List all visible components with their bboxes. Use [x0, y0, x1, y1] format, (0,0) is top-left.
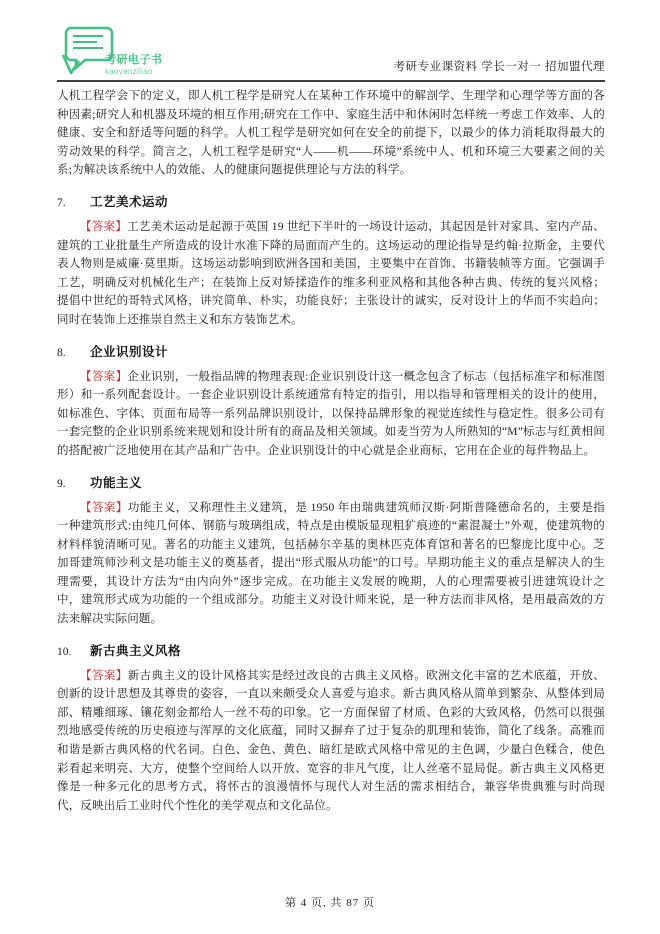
section-number: 7. — [57, 194, 78, 213]
answer-paragraph: 【答案】工艺美术运动是起源于英国 19 世纪下半叶的一场设计运动，其起因是针对家… — [57, 218, 605, 330]
section-number: 10. — [57, 643, 78, 662]
brand-name-cn: 考研电子书 — [105, 55, 163, 66]
answer-label: 【答案】 — [80, 221, 127, 233]
document-page: 考研电子书 kaoyanziliao 考研专业课资料 学长一对一 招加盟代理 人… — [0, 0, 660, 934]
answer-label: 【答案】 — [80, 371, 127, 383]
document-body: 人机工程学会下的定义，即人机工程学是研究人在某种工作环境中的解剖学、生理学和心理… — [57, 87, 605, 815]
page-footer: 第 4 页, 共 87 页 — [0, 894, 660, 910]
section-number: 8. — [57, 344, 78, 363]
answer-paragraph: 【答案】企业识别，一般指品牌的物理表现:企业识别设计这一概念包含了标志（包括标准… — [57, 368, 605, 461]
answer-paragraph: 【答案】新古典主义的设计风格其实是经过改良的古典主义风格。欧洲文化丰富的艺术底蕴… — [57, 667, 605, 816]
section-heading: 8. 企业识别设计 — [57, 343, 605, 363]
section-title: 企业识别设计 — [90, 343, 168, 362]
page-header: 考研电子书 kaoyanziliao 考研专业课资料 学长一对一 招加盟代理 — [57, 0, 605, 82]
section-8: 8. 企业识别设计 【答案】企业识别，一般指品牌的物理表现:企业识别设计这一概念… — [57, 343, 605, 461]
section-7: 7. 工艺美术运动 【答案】工艺美术运动是起源于英国 19 世纪下半叶的一场设计… — [57, 193, 605, 330]
answer-text: 工艺美术运动是起源于英国 19 世纪下半叶的一场设计运动，其起因是针对家具、室内… — [57, 221, 605, 326]
section-number: 9. — [57, 475, 78, 494]
answer-label: 【答案】 — [80, 502, 128, 514]
section-title: 工艺美术运动 — [90, 193, 168, 212]
section-9: 9. 功能主义 【答案】功能主义，又称理性主义建筑，是 1950 年由瑞典建筑师… — [57, 474, 605, 629]
brand-name-en: kaoyanziliao — [105, 68, 163, 76]
answer-paragraph: 【答案】功能主义，又称理性主义建筑，是 1950 年由瑞典建筑师汉斯·阿斯普隆德… — [57, 499, 605, 629]
brand-text: 考研电子书 kaoyanziliao — [105, 55, 163, 76]
section-heading: 10. 新古典主义风格 — [57, 642, 605, 662]
section-heading: 7. 工艺美术运动 — [57, 193, 605, 213]
answer-text: 新古典主义的设计风格其实是经过改良的古典主义风格。欧洲文化丰富的艺术底蕴，开放、… — [57, 670, 605, 812]
answer-text: 功能主义，又称理性主义建筑，是 1950 年由瑞典建筑师汉斯·阿斯普隆德命名的，… — [57, 502, 605, 626]
section-title: 新古典主义风格 — [90, 642, 181, 661]
header-tagline: 考研专业课资料 学长一对一 招加盟代理 — [394, 58, 605, 74]
page-number: 第 4 页, 共 87 页 — [285, 897, 375, 909]
brand-logo: 考研电子书 kaoyanziliao — [57, 25, 163, 77]
section-heading: 9. 功能主义 — [57, 474, 605, 494]
intro-paragraph: 人机工程学会下的定义，即人机工程学是研究人在某种工作环境中的解剖学、生理学和心理… — [57, 87, 605, 180]
answer-label: 【答案】 — [80, 670, 128, 682]
section-10: 10. 新古典主义风格 【答案】新古典主义的设计风格其实是经过改良的古典主义风格… — [57, 642, 605, 816]
answer-text: 企业识别，一般指品牌的物理表现:企业识别设计这一概念包含了标志（包括标准字和标准… — [57, 371, 605, 457]
section-title: 功能主义 — [90, 474, 142, 493]
